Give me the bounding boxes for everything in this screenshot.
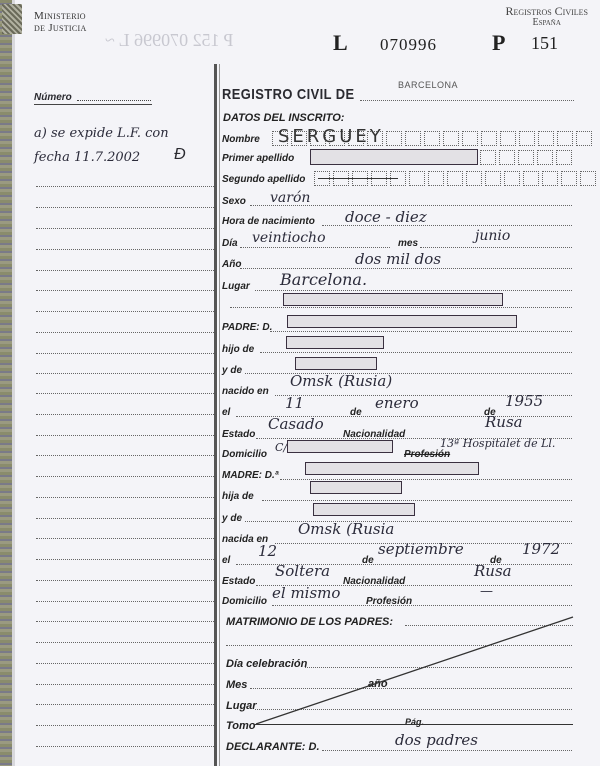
matrimonio-cancel-line bbox=[0, 0, 600, 766]
